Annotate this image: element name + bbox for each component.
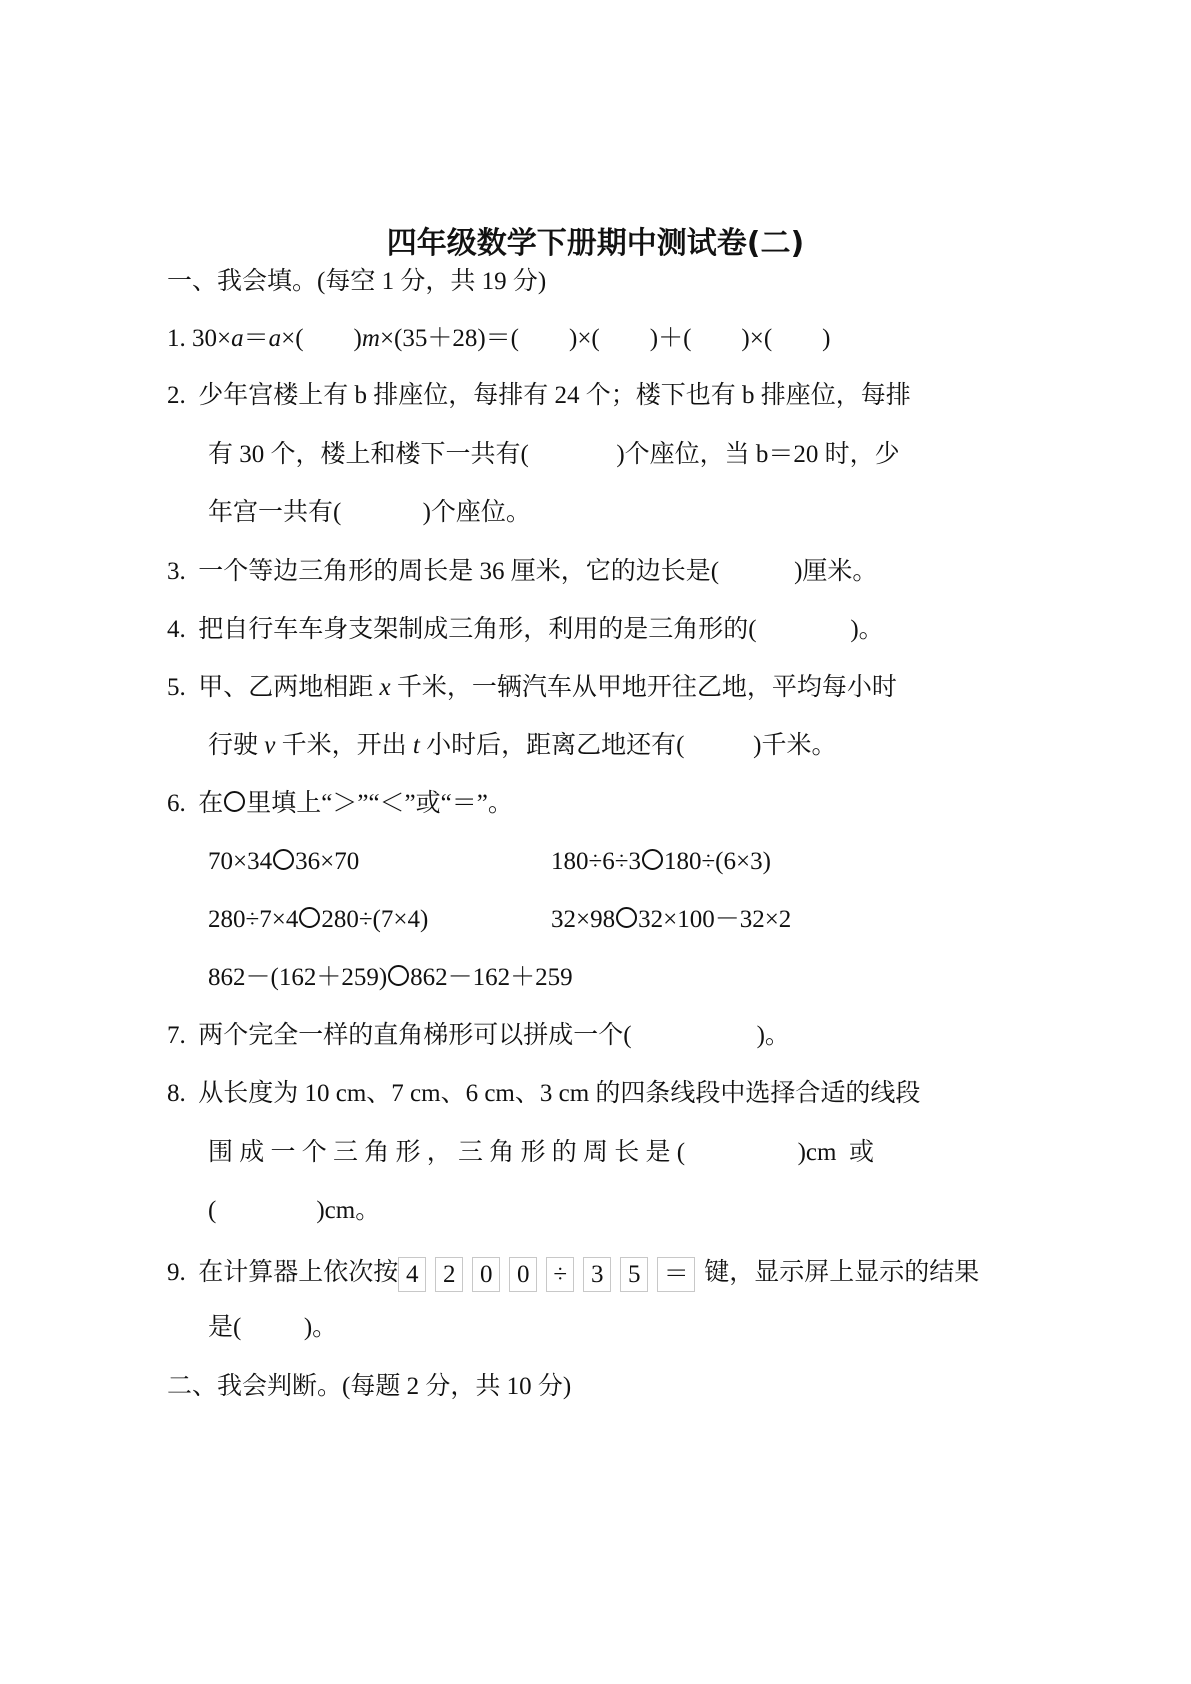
calc-key-equals: ＝ (657, 1257, 695, 1292)
compare-item-5: 862－(162＋259)862－162＋259 (208, 962, 573, 994)
compare-item-4: 32×9832×100－32×2 (551, 904, 791, 936)
compare-circle-4[interactable] (616, 907, 637, 928)
compare-item-1: 70×3436×70 (208, 846, 359, 878)
compare-item-3: 280÷7×4280÷(7×4) (208, 904, 428, 936)
compare-item-2: 180÷6÷3180÷(6×3) (551, 846, 771, 878)
q2-number: 2. (167, 382, 186, 409)
compare-circle-5[interactable] (388, 965, 409, 986)
q8-number: 8. (167, 1080, 186, 1107)
compare-circle-1[interactable] (273, 849, 294, 870)
section2-heading: 二、我会判断。(每题 2 分，共 10 分) (167, 1371, 571, 1403)
q1-number: 1. (167, 325, 186, 352)
compare-circle-3[interactable] (299, 907, 320, 928)
exam-page: 四年级数学下册期中测试卷(二) 一、我会填。(每空 1 分，共 19 分) 1.… (0, 0, 1191, 1684)
circle-icon (224, 791, 245, 812)
q9-number: 9. (167, 1259, 186, 1286)
question-6: 6. 在里填上“＞”“＜”或“＝”。 (167, 788, 513, 820)
calc-key-2: 2 (435, 1257, 463, 1292)
question-2: 2. 少年宫楼上有 b 排座位，每排有 24 个；楼下也有 b 排座位，每排 (167, 380, 911, 412)
calc-key-4: 4 (398, 1257, 426, 1292)
question-5-line-2: 行驶 v 千米，开出 t 小时后，距离乙地还有( )千米。 (208, 730, 837, 762)
q4-number: 4. (167, 616, 186, 643)
question-8-line-3: ( )cm。 (208, 1195, 380, 1227)
question-3: 3. 一个等边三角形的周长是 36 厘米，它的边长是( )厘米。 (167, 556, 877, 588)
question-9-line-2: 是( )。 (208, 1312, 337, 1344)
calc-key-0: 0 (509, 1257, 537, 1292)
question-2-line-3: 年宫一共有( )个座位。 (208, 497, 531, 529)
page-title: 四年级数学下册期中测试卷(二) (0, 218, 1191, 262)
q6-number: 6. (167, 790, 186, 817)
section1-heading: 一、我会填。(每空 1 分，共 19 分) (167, 266, 546, 298)
calc-key-3: 3 (583, 1257, 611, 1292)
question-5: 5. 甲、乙两地相距 x 千米，一辆汽车从甲地开往乙地，平均每小时 (167, 672, 897, 704)
calc-key-divide: ÷ (546, 1257, 574, 1292)
question-8-line-2: 围 成 一 个 三 角 形 ， 三 角 形 的 周 长 是 ( )cm 或 (208, 1137, 874, 1169)
question-9: 9. 在计算器上依次按4200÷35＝键，显示屏上显示的结果 (167, 1257, 979, 1292)
q3-number: 3. (167, 558, 186, 585)
question-7: 7. 两个完全一样的直角梯形可以拼成一个( )。 (167, 1020, 790, 1052)
compare-circle-2[interactable] (642, 849, 663, 870)
q7-number: 7. (167, 1022, 186, 1049)
question-1: 1. 30×a＝a×( )m×(35＋28)＝( )×( )＋( )×( ) (167, 323, 831, 355)
calc-key-0: 0 (472, 1257, 500, 1292)
question-8: 8. 从长度为 10 cm、7 cm、6 cm、3 cm 的四条线段中选择合适的… (167, 1078, 920, 1110)
question-4: 4. 把自行车车身支架制成三角形，利用的是三角形的( )。 (167, 614, 884, 646)
calc-key-5: 5 (620, 1257, 648, 1292)
q5-number: 5. (167, 674, 186, 701)
question-2-line-2: 有 30 个，楼上和楼下一共有( )个座位，当 b＝20 时，少 (208, 439, 900, 471)
